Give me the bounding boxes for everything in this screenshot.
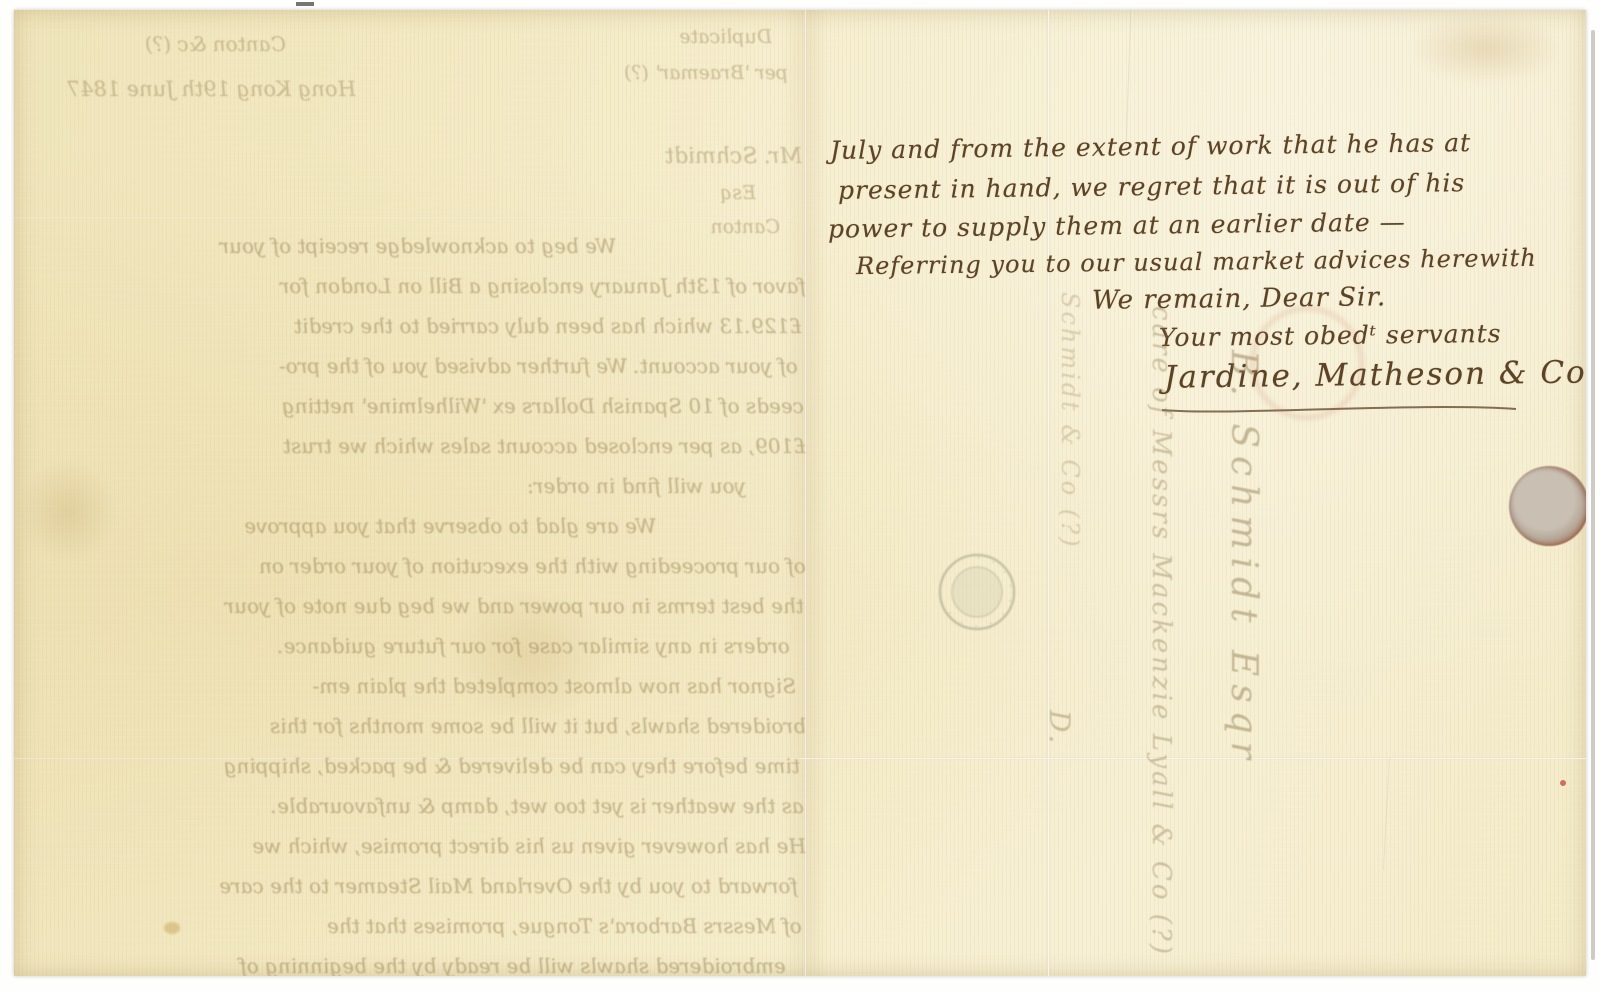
letter-sheet: Canton &c (?) Hong Kong 19th June 1847 D… xyxy=(14,10,1586,976)
wax-seal-stain xyxy=(1509,466,1586,546)
lower-wrinkle xyxy=(1383,758,1391,870)
bleedthrough-line: per 'Braemar' (?) xyxy=(623,62,789,84)
bleedthrough-line: We beg to acknowledge receipt of your xyxy=(14,226,808,266)
bleedthrough-line: ceeds of 10 Spanish Dollars ex 'Wilhelmi… xyxy=(14,386,808,426)
bleedthrough-line: Mr. Schmidt xyxy=(664,144,804,169)
vertical-address-column: Schmidt & Co (?) xyxy=(1056,292,1084,549)
bleedthrough-line: favor of 13th January enclosing a Bill o… xyxy=(14,266,808,306)
bleedthrough-line: Signor has now almost completed the plai… xyxy=(14,666,808,706)
bleedthrough-line: He has however given us his direct promi… xyxy=(14,826,808,866)
bleedthrough-line: time before they can be delivered & be p… xyxy=(14,746,808,786)
red-speck xyxy=(1560,780,1566,786)
bleedthrough-line: the best terms in our power and we beg d… xyxy=(14,586,808,626)
scan-artifact-dash xyxy=(296,2,314,6)
letter-line: power to supply them at an earlier date … xyxy=(828,207,1406,243)
red-chop-ring xyxy=(1250,306,1364,420)
bleedthrough-line: Hong Kong 19th June 1847 xyxy=(24,66,359,112)
bleedthrough-line: as the weather is yet too wet, damp & un… xyxy=(14,786,808,826)
vertical-address-column: B. Schmidt Esqr xyxy=(1223,350,1264,767)
bleedthrough-line: Canton &c (?) xyxy=(24,22,359,66)
closing-line: We remain, Dear Sir. xyxy=(1092,282,1387,316)
bleedthrough-line: forward to you by the Overland Mail Stea… xyxy=(14,866,808,906)
letter-scan: { "document": { "kind": "scanned handwri… xyxy=(0,0,1600,992)
postmark-stamp: · · · · · · · · · · xyxy=(935,550,1019,634)
bleedthrough-line: orders in any similar case for our futur… xyxy=(14,626,808,666)
horizontal-crease-right xyxy=(800,757,1586,760)
bleedthrough-line: £129.13 which has been duly carried to t… xyxy=(14,306,808,346)
letter-line: July and from the extent of work that he… xyxy=(830,128,1471,165)
bleedthrough-line: of your account. We further advised you … xyxy=(14,346,808,386)
horizontal-crease-upper-left xyxy=(14,216,794,219)
vertical-address-column: care of Messrs Mackenzie Lyall & Co (?) xyxy=(1146,306,1176,957)
bleedthrough-body: We beg to acknowledge receipt of your fa… xyxy=(14,226,806,976)
bleedthrough-line: Esq xyxy=(719,182,757,204)
stain-top-right xyxy=(1409,12,1564,84)
bleedthrough-line: embroidered shawls will be ready by the … xyxy=(14,946,808,976)
bleedthrough-docket-top-left: Canton &c (?) Hong Kong 19th June 1847 xyxy=(26,22,356,112)
bleedthrough-line: We are glad to observe that you approve xyxy=(14,506,808,546)
letter-line: Referring you to our usual market advice… xyxy=(856,244,1537,280)
bleedthrough-line: broidered shawls, but it will be some mo… xyxy=(14,706,808,746)
top-wrinkle xyxy=(1126,10,1133,150)
bleedthrough-line: of our proceeding with the execution of … xyxy=(14,546,808,586)
stray-ink-mark: D. xyxy=(1043,710,1076,746)
scan-edge-strip xyxy=(1591,30,1595,960)
bleedthrough-line: £109, as per enclosed account sales whic… xyxy=(14,426,808,466)
bleedthrough-line: of Messrs Barbora's Tongue, promises tha… xyxy=(14,906,808,946)
bleedthrough-line: you will find in order: xyxy=(14,466,808,506)
letter-line: present in hand, we regret that it is ou… xyxy=(838,168,1466,205)
bleedthrough-line: Duplicate xyxy=(678,26,773,48)
